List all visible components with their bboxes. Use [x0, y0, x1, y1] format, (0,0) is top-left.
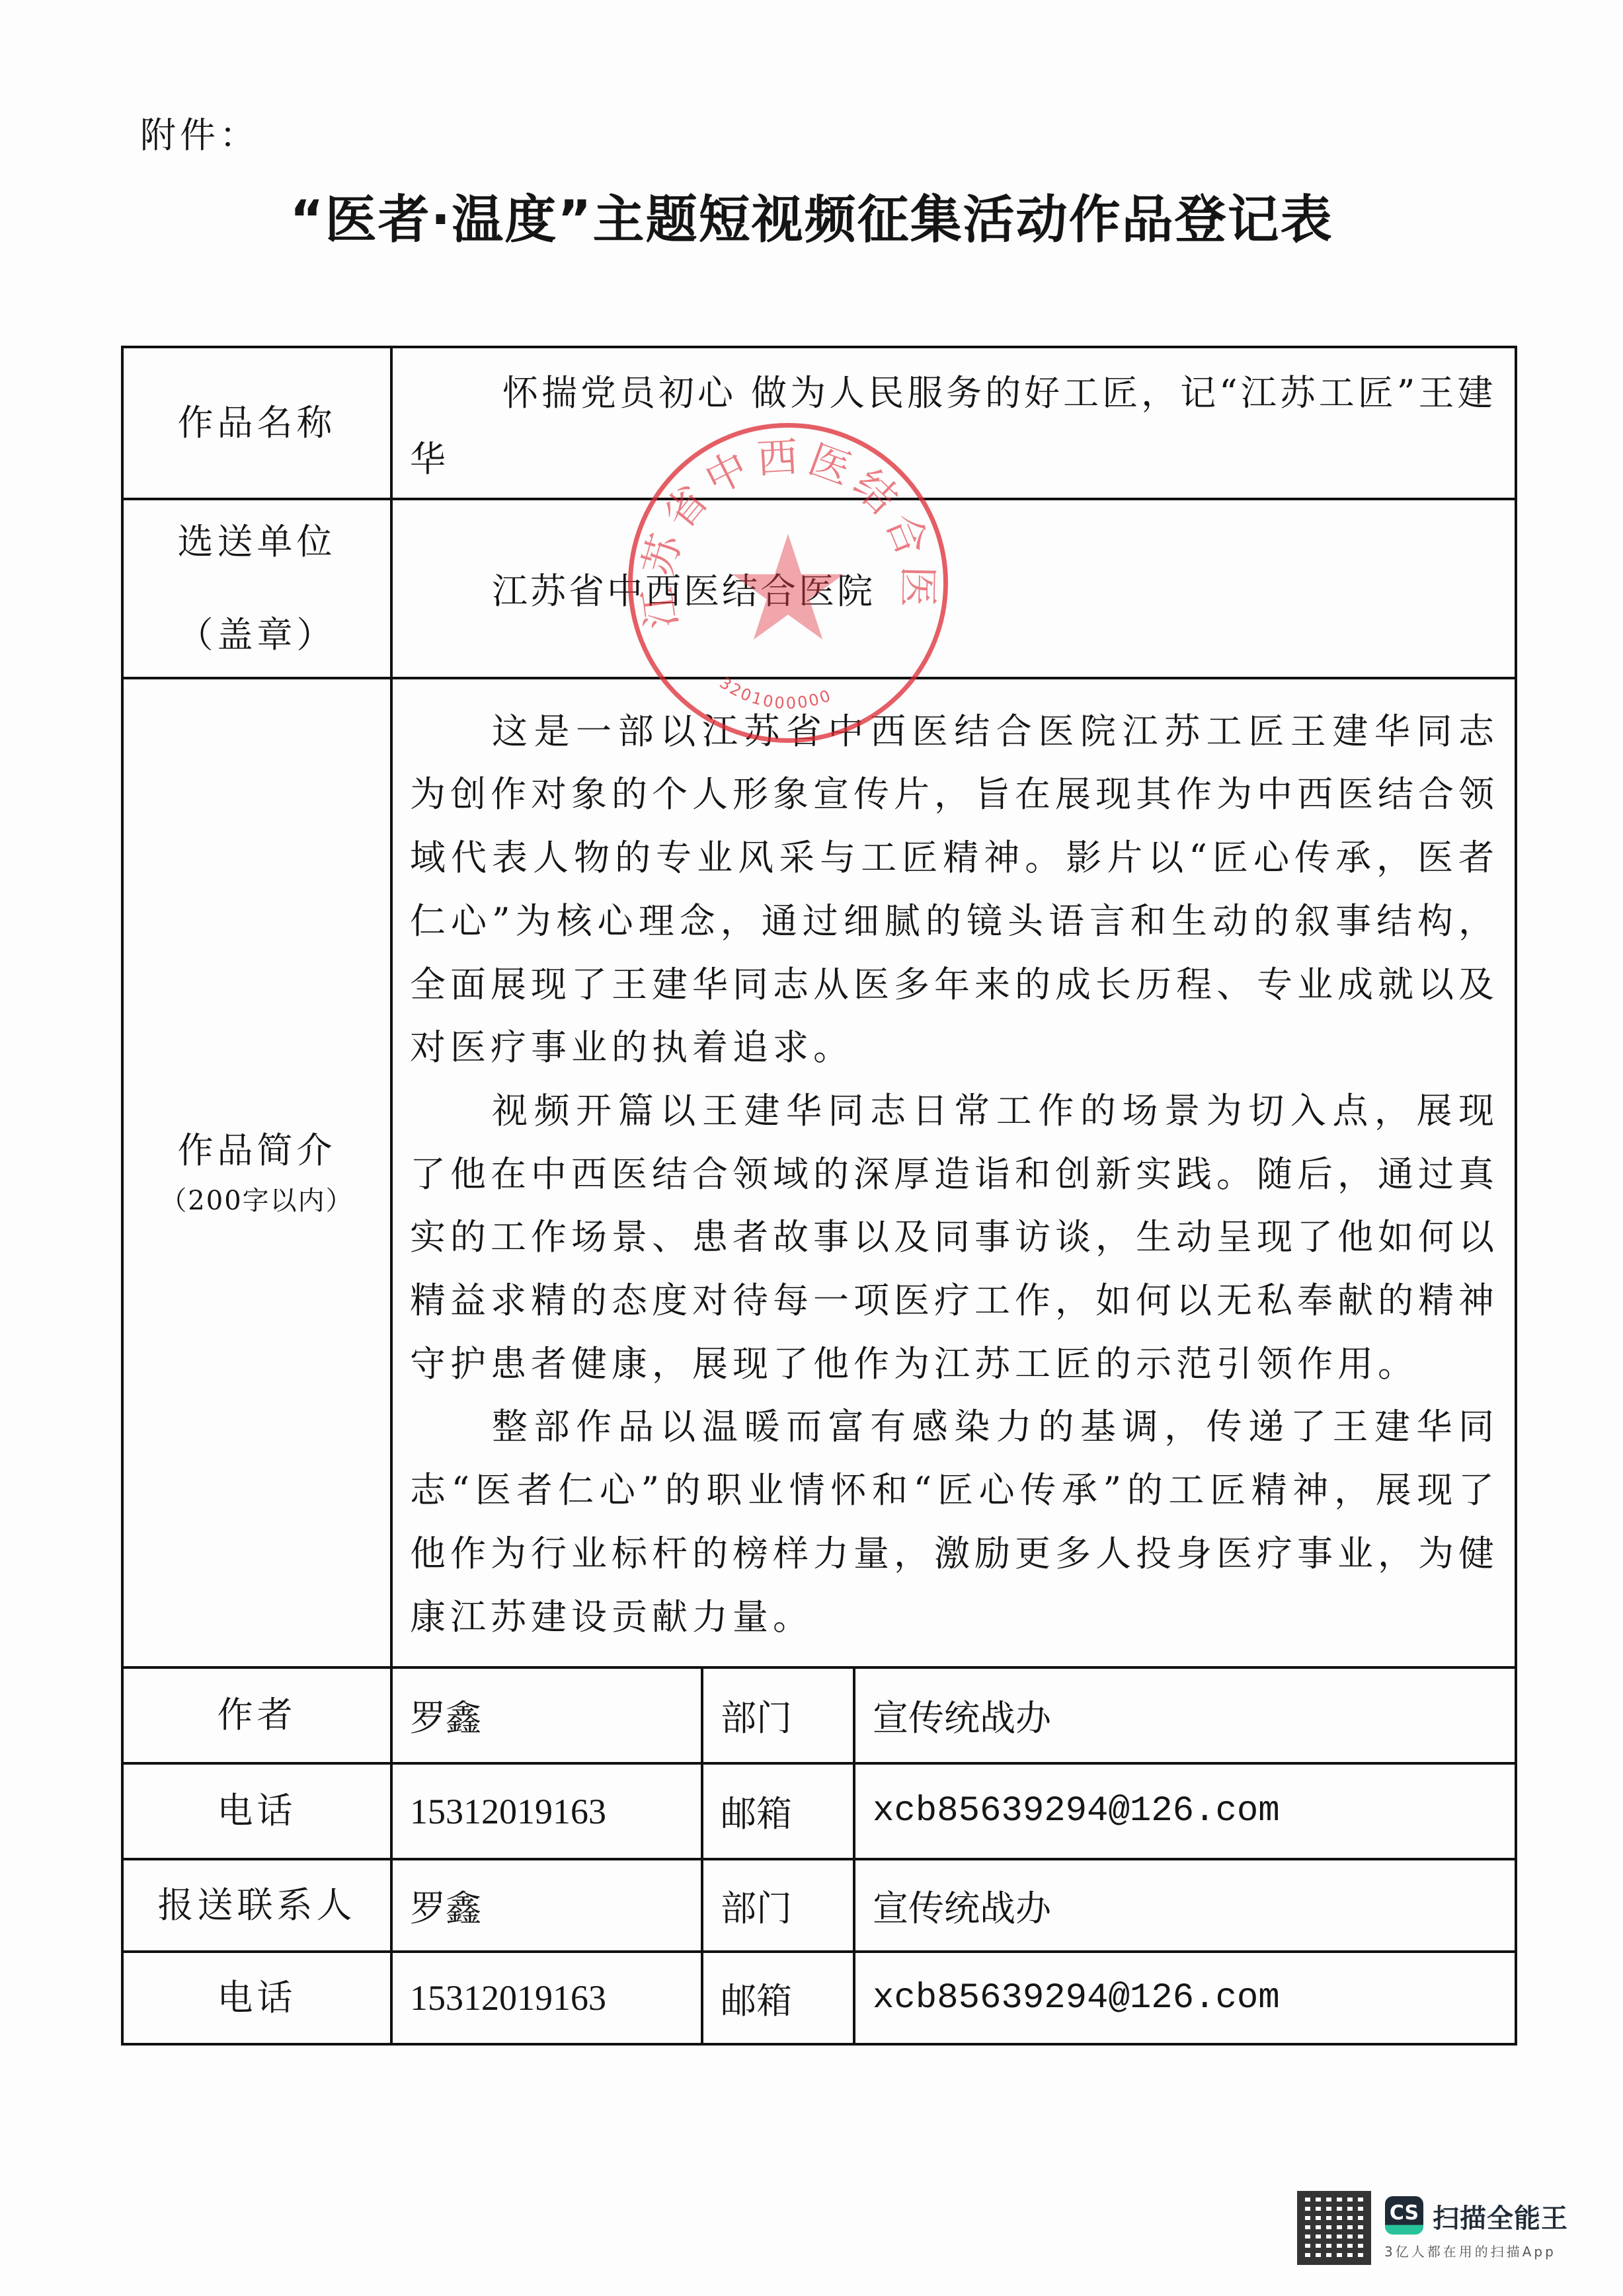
description-paragraph: 整部作品以温暖而富有感染力的基调，传递了王建华同志“医者仁心”的职业情怀和“匠心… [410, 1395, 1499, 1648]
author-dept: 宣传统战办 [854, 1667, 1516, 1763]
author-name: 罗鑫 [391, 1667, 702, 1763]
registration-form-table: 作品名称 怀揣党员初心 做为人民服务的好工匠，记“江苏工匠”王建华 选送单位 （… [121, 346, 1517, 2046]
work-title-value: 怀揣党员初心 做为人民服务的好工匠，记“江苏工匠”王建华 [391, 347, 1516, 499]
row-contact-person-contact: 电话 15312019163 邮箱 xcb85639294@126.com [122, 1952, 1516, 2044]
contact-email-label: 邮箱 [702, 1952, 854, 2044]
description-word-limit: （200字以内） [124, 1184, 390, 1218]
author-phone: 15312019163 [391, 1763, 702, 1859]
contact-person-dept: 宣传统战办 [854, 1859, 1516, 1952]
description-label-text: 作品简介 [178, 1129, 336, 1171]
camscanner-logo-icon: CS [1385, 2196, 1423, 2235]
author-dept-label: 部门 [702, 1667, 854, 1763]
submitting-unit-label-text: 选送单位 [178, 521, 336, 562]
contact-phone-label: 电话 [122, 1952, 391, 2044]
description-paragraph: 视频开篇以王建华同志日常工作的场景为切入点，展现了他在中西医结合领域的深厚造诣和… [410, 1079, 1499, 1396]
app-name: 扫描全能王 [1433, 2198, 1568, 2235]
contact-person-label: 报送联系人 [122, 1859, 391, 1952]
row-author: 作者 罗鑫 部门 宣传统战办 [122, 1667, 1516, 1763]
author-phone-label: 电话 [122, 1763, 391, 1859]
description-label: 作品简介 （200字以内） [122, 678, 391, 1667]
row-work-title: 作品名称 怀揣党员初心 做为人民服务的好工匠，记“江苏工匠”王建华 [122, 347, 1516, 499]
attachment-label: 附件： [140, 107, 259, 158]
author-email-label: 邮箱 [702, 1763, 854, 1859]
app-tagline: 3亿人都在用的扫描App [1384, 2241, 1556, 2260]
contact-phone: 15312019163 [391, 1952, 702, 2044]
author-label: 作者 [122, 1667, 391, 1763]
scanner-watermark: CS 扫描全能王 3亿人都在用的扫描App [1297, 2191, 1614, 2250]
row-contact-person: 报送联系人 罗鑫 部门 宣传统战办 [122, 1859, 1516, 1952]
seal-note: （盖章） [178, 614, 336, 656]
author-email: xcb85639294@126.com [854, 1763, 1516, 1859]
submitting-unit-label: 选送单位 （盖章） [122, 499, 391, 678]
work-title-label: 作品名称 [122, 347, 391, 499]
work-title-text: 怀揣党员初心 做为人民服务的好工匠，记“江苏工匠”王建华 [410, 372, 1496, 480]
contact-person-dept-label: 部门 [702, 1859, 854, 1952]
description-value: 这是一部以江苏省中西医结合医院江苏工匠王建华同志为创作对象的个人形象宣传片，旨在… [391, 678, 1516, 1667]
contact-email: xcb85639294@126.com [854, 1952, 1516, 2044]
row-submitting-unit: 选送单位 （盖章） 江苏省中西医结合医院 [122, 499, 1516, 678]
qr-code-icon [1297, 2191, 1371, 2265]
description-paragraph: 这是一部以江苏省中西医结合医院江苏工匠王建华同志为创作对象的个人形象宣传片，旨在… [410, 700, 1499, 1079]
contact-person-name: 罗鑫 [391, 1859, 702, 1952]
row-description: 作品简介 （200字以内） 这是一部以江苏省中西医结合医院江苏工匠王建华同志为创… [122, 678, 1516, 1667]
row-author-contact: 电话 15312019163 邮箱 xcb85639294@126.com [122, 1763, 1516, 1859]
submitting-unit-value: 江苏省中西医结合医院 [391, 499, 1516, 678]
page-title: “医者·温度”主题短视频征集活动作品登记表 [0, 178, 1623, 252]
